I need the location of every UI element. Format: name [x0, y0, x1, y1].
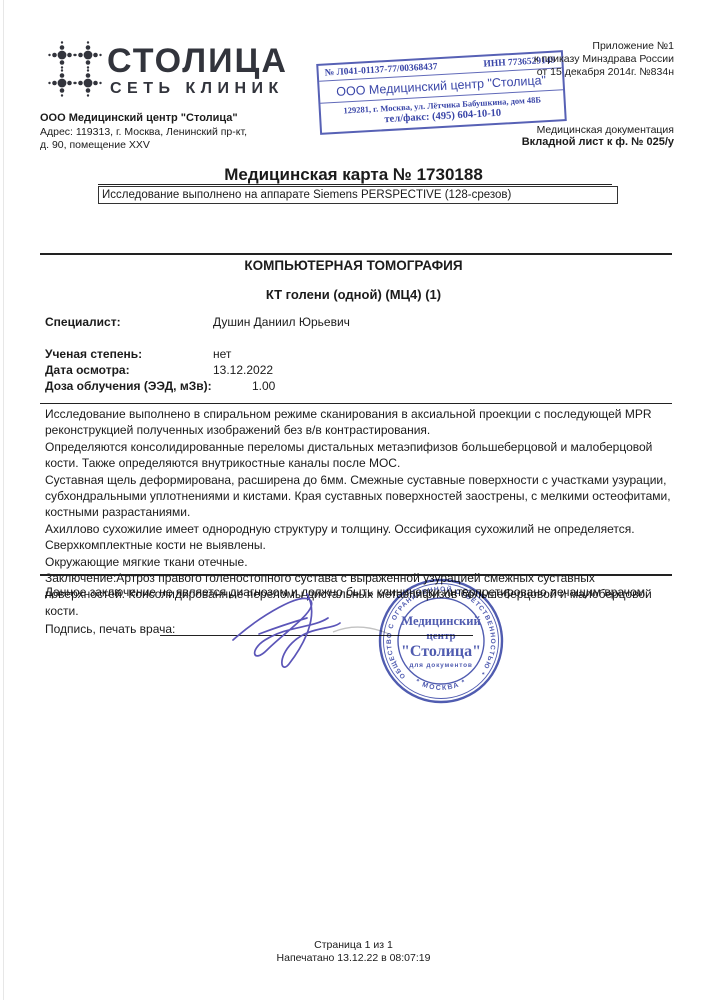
title-underline — [98, 184, 612, 185]
field-label-specialist: Специалист: — [45, 315, 121, 329]
report-paragraph: Окружающие мягкие ткани отечные. — [45, 554, 678, 570]
clinic-logo-icon — [46, 40, 104, 100]
body-divider-bottom — [40, 574, 672, 576]
clinic-rect-stamp: № Л041-01137-77/00368437 ИНН 7736529149 … — [316, 50, 567, 135]
report-paragraph: Ахиллово сухожилие имеет однородную стру… — [45, 521, 678, 537]
footer-page-info: Страница 1 из 1 — [0, 939, 707, 951]
medical-card-title: Медицинская карта № 1730188 — [0, 165, 707, 185]
report-paragraph: Определяются консолидированные переломы … — [45, 439, 678, 472]
clinic-address-line1: Адрес: 119313, г. Москва, Ленинский пр-к… — [40, 126, 247, 138]
report-paragraph: Сверхкомплектные кости не выявлены. — [45, 537, 678, 553]
clinic-org-name: ООО Медицинский центр "Столица" — [40, 112, 238, 124]
insert-sheet-form-label: Вкладной лист к ф. № 025/у — [522, 136, 674, 148]
device-note-box: Исследование выполнено на аппарате Sieme… — [98, 186, 618, 204]
signature-label: Подпись, печать врача: — [45, 622, 175, 636]
scan-edge-artifact — [3, 0, 4, 1000]
clinic-address-line2: д. 90, помещение XXV — [40, 139, 150, 151]
clinic-round-stamp: ОБЩЕСТВО С ОГРАНИЧЕННОЙ ОТВЕТСТВЕННОСТЬЮ… — [377, 577, 505, 705]
medical-documentation-label: Медицинская документация Вкладной лист к… — [522, 124, 674, 148]
study-title: КТ голени (одной) (МЦ4) (1) — [0, 287, 707, 302]
section-title: КОМПЬЮТЕРНАЯ ТОМОГРАФИЯ — [0, 258, 707, 273]
field-label-degree: Ученая степень: — [45, 347, 142, 361]
field-label-radiation-dose: Доза облучения (ЭЭД, мЗв): — [45, 379, 212, 393]
clinic-logo-subtitle: СЕТЬ КЛИНИК — [110, 80, 284, 98]
round-stamp-line2: центр — [426, 630, 455, 642]
clinic-logo-title: СТОЛИЦА — [107, 42, 288, 81]
report-paragraph: Исследование выполнено в спиральном режи… — [45, 406, 678, 439]
report-paragraph: Суставная щель деформирована, расширена … — [45, 472, 678, 521]
med-doc-line: Медицинская документация — [522, 124, 674, 136]
footer-printed-info: Напечатано 13.12.22 в 08:07:19 — [0, 952, 707, 964]
round-stamp-line3: "Столица" — [401, 643, 481, 660]
field-value-radiation-dose: 1.00 — [252, 379, 275, 393]
order-ref-line2: к приказу Минздрава России — [534, 53, 674, 66]
ministry-order-reference: Приложение №1 к приказу Минздрава России… — [534, 40, 674, 79]
order-ref-line3: от 15 декабря 2014г. №834н — [534, 66, 674, 79]
field-value-specialist: Душин Даниил Юрьевич — [213, 315, 350, 329]
section-divider-top — [40, 253, 672, 255]
field-value-exam-date: 13.12.2022 — [213, 363, 273, 377]
order-ref-line1: Приложение №1 — [534, 40, 674, 53]
field-label-exam-date: Дата осмотра: — [45, 363, 130, 377]
round-stamp-line4: для документов — [409, 662, 472, 669]
body-divider-top — [40, 403, 672, 404]
document-page: СТОЛИЦА СЕТЬ КЛИНИК ООО Медицинский цент… — [0, 0, 707, 1000]
field-value-degree: нет — [213, 347, 231, 361]
round-stamp-line1: Медицинский — [401, 614, 480, 628]
